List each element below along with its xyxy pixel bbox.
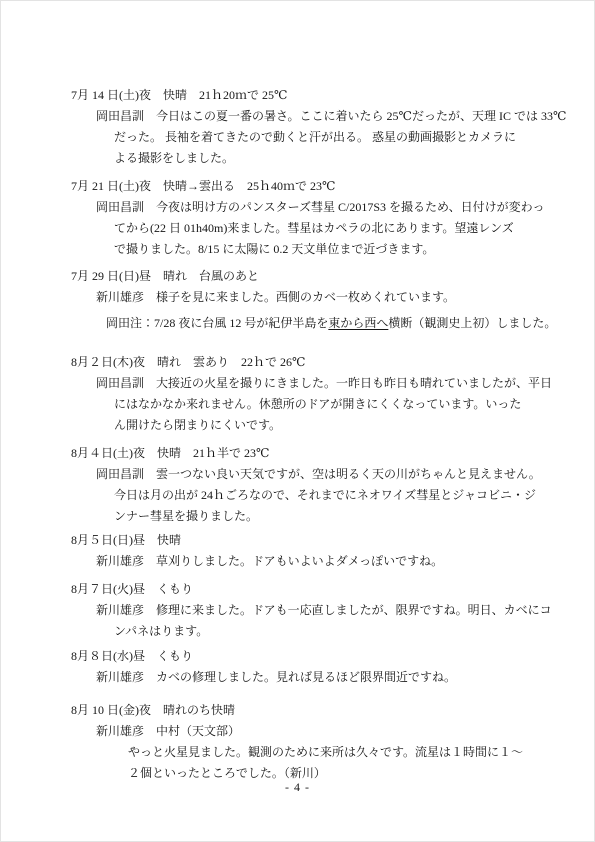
log-entry: 8月７日(火)昼 くもり 新川雄彦 修理に来ました。ドアも一応直しましたが、限界… (1, 579, 594, 642)
entry-date-line: 8月２日(木)夜 晴れ 雲あり 22ｈで 26℃ (1, 352, 594, 373)
entry-body-line: 新川雄彦 修理に来ました。ドアも一応直しましたが、限界ですね。明日、カベにコ (1, 600, 594, 621)
entry-date-line: 8月５日(日)昼 快晴 (1, 530, 594, 551)
entry-date-line: 8月４日(土)夜 快晴 21ｈ半で 23℃ (1, 443, 594, 464)
entry-date-line: 7月 21 日(土)夜 快晴→雲出る 25ｈ40ｍで 23℃ (1, 176, 594, 197)
entry-body-line: 新川雄彦 様子を見に来ました。西側のカベ一枚めくれています。 (1, 287, 594, 308)
entry-body-line: 岡田昌訓 今夜は明け方のパンスターズ彗星 C/2017S3 を撮るため、日付けが… (1, 197, 594, 218)
entry-body-line: てから(22 日 01h40m)来ました。彗星はカペラの北にあります。望遠レンズ (1, 218, 594, 239)
log-entry: 8月 10 日(金)夜 晴れのち快晴 新川雄彦 中村（天文部） やっと火星見まし… (1, 700, 594, 784)
log-entry: 7月 14 日(土)夜 快晴 21ｈ20ｍで 25℃ 岡田昌訓 今日はこの夏一番… (1, 85, 594, 169)
log-entry: 8月８日(水)昼 くもり 新川雄彦 カベの修理しました。見れば見るほど限界間近で… (1, 646, 594, 688)
entry-body-line: 新川雄彦 カベの修理しました。見れば見るほど限界間近ですね。 (1, 667, 594, 688)
entry-body-line: にはなかなか来れません。休憩所のドアが開きにくくなっています。いった (1, 394, 594, 415)
log-entry: 8月４日(土)夜 快晴 21ｈ半で 23℃ 岡田昌訓 雲一つない良い天気ですが、… (1, 443, 594, 527)
entry-body-line: 新川雄彦 草刈りしました。ドアもいよいよダメっぽいですね。 (1, 551, 594, 572)
entry-body-line: で撮りました。8/15 に太陽に 0.2 天文単位まで近づきます。 (1, 239, 594, 260)
log-entry: 7月 21 日(土)夜 快晴→雲出る 25ｈ40ｍで 23℃ 岡田昌訓 今夜は明… (1, 176, 594, 260)
entry-body-line: 新川雄彦 中村（天文部） (1, 721, 594, 742)
note-text: 岡田注：7/28 夜に台風 12 号が紀伊半島を (106, 316, 328, 330)
note-text: 横断（観測史上初）しました。 (388, 316, 556, 330)
entry-date-line: 8月７日(火)昼 くもり (1, 579, 594, 600)
entry-body-line: 岡田昌訓 今日はこの夏一番の暑さ。ここに着いたら 25℃だったが、天理 IC で… (1, 106, 594, 127)
entry-body-line: ンパネはります。 (1, 621, 594, 642)
entry-body-line: 今日は月の出が 24ｈごろなので、それまでにネオワイズ彗星とジャコビニ・ジ (1, 485, 594, 506)
log-entry: 7月 29 日(日)昼 晴れ 台風のあと 新川雄彦 様子を見に来ました。西側のカ… (1, 266, 594, 308)
log-entry: 8月５日(日)昼 快晴 新川雄彦 草刈りしました。ドアもいよいよダメっぽいですね… (1, 530, 594, 572)
log-entry: 8月２日(木)夜 晴れ 雲あり 22ｈで 26℃ 岡田昌訓 大接近の火星を撮りに… (1, 352, 594, 436)
entry-body-line: 岡田昌訓 大接近の火星を撮りにきました。一昨日も昨日も晴れていましたが、平日 (1, 373, 594, 394)
entry-body-line: やっと火星見ました。観測のために来所は久々です。流星は１時間に１～ (1, 742, 594, 763)
entry-body-line: ん開けたら閉まりにくいです。 (1, 415, 594, 436)
page-number: - 4 - (1, 777, 594, 798)
document-page: 7月 14 日(土)夜 快晴 21ｈ20ｍで 25℃ 岡田昌訓 今日はこの夏一番… (0, 0, 595, 842)
entry-date-line: 8月 10 日(金)夜 晴れのち快晴 (1, 700, 594, 721)
entry-date-line: 7月 29 日(日)昼 晴れ 台風のあと (1, 266, 594, 287)
entry-date-line: 7月 14 日(土)夜 快晴 21ｈ20ｍで 25℃ (1, 85, 594, 106)
note-underlined-text: 東から西へ (328, 316, 388, 330)
editor-note-line: 岡田注：7/28 夜に台風 12 号が紀伊半島を東から西へ横断（観測史上初）しま… (1, 313, 594, 334)
entry-date-line: 8月８日(水)昼 くもり (1, 646, 594, 667)
entry-body-line: よる撮影をしました。 (1, 148, 594, 169)
entry-body-line: ンナー彗星を撮りました。 (1, 506, 594, 527)
entry-body-line: 岡田昌訓 雲一つない良い天気ですが、空は明るく天の川がちゃんと見えません。 (1, 464, 594, 485)
entry-body-line: だった。 長袖を着てきたので動くと汗が出る。 惑星の動画撮影とカメラに (1, 127, 594, 148)
